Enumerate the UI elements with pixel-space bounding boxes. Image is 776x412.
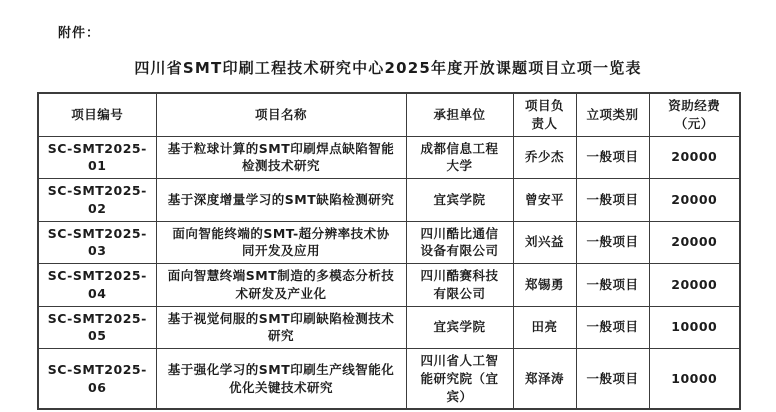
attachment-label: 附件： bbox=[58, 22, 100, 41]
project-name-cell: 面向智能终端的SMT-超分辨率技术协 同开发及应用 bbox=[156, 221, 406, 264]
unit-cell: 宜宾学院 bbox=[406, 179, 513, 222]
leader-cell: 郑泽涛 bbox=[513, 349, 576, 410]
leader-cell: 刘兴益 bbox=[513, 221, 576, 264]
category-cell: 一般项目 bbox=[576, 349, 649, 410]
project-id-cell: SC-SMT2025-01 bbox=[38, 136, 156, 179]
project-id-cell: SC-SMT2025-04 bbox=[38, 264, 156, 307]
table-row: SC-SMT2025-01基于粒球计算的SMT印刷焊点缺陷智能 检测技术研究成都… bbox=[38, 136, 740, 179]
table-header: 项目编号 项目名称 承担单位 项目负 责人 立项类别 资助经费 （元） bbox=[38, 93, 740, 136]
table-row: SC-SMT2025-03面向智能终端的SMT-超分辨率技术协 同开发及应用四川… bbox=[38, 221, 740, 264]
table-row: SC-SMT2025-02基于深度增量学习的SMT缺陷检测研究宜宾学院曾安平一般… bbox=[38, 179, 740, 222]
header-row: 项目编号 项目名称 承担单位 项目负 责人 立项类别 资助经费 （元） bbox=[38, 93, 740, 136]
unit-cell: 成都信息工程 大学 bbox=[406, 136, 513, 179]
project-name-cell: 基于视觉伺服的SMT印刷缺陷检测技术 研究 bbox=[156, 306, 406, 349]
unit-cell: 宜宾学院 bbox=[406, 306, 513, 349]
funding-cell: 10000 bbox=[649, 349, 740, 410]
project-name-cell: 面向智慧终端SMT制造的多模态分析技 术研发及产业化 bbox=[156, 264, 406, 307]
funding-cell: 20000 bbox=[649, 136, 740, 179]
project-name-cell: 基于强化学习的SMT印刷生产线智能化 优化关键技术研究 bbox=[156, 349, 406, 410]
unit-cell: 四川酷赛科技 有限公司 bbox=[406, 264, 513, 307]
category-cell: 一般项目 bbox=[576, 221, 649, 264]
header-funding: 资助经费 （元） bbox=[649, 93, 740, 136]
project-id-cell: SC-SMT2025-03 bbox=[38, 221, 156, 264]
funding-cell: 20000 bbox=[649, 221, 740, 264]
table-body: SC-SMT2025-01基于粒球计算的SMT印刷焊点缺陷智能 检测技术研究成都… bbox=[38, 136, 740, 409]
leader-cell: 郑锡勇 bbox=[513, 264, 576, 307]
category-cell: 一般项目 bbox=[576, 264, 649, 307]
project-table: 项目编号 项目名称 承担单位 项目负 责人 立项类别 资助经费 （元） SC-S… bbox=[37, 92, 741, 410]
page-title: 四川省SMT印刷工程技术研究中心2025年度开放课题项目立项一览表 bbox=[37, 57, 739, 78]
category-cell: 一般项目 bbox=[576, 306, 649, 349]
project-id-cell: SC-SMT2025-05 bbox=[38, 306, 156, 349]
category-cell: 一般项目 bbox=[576, 179, 649, 222]
project-name-cell: 基于粒球计算的SMT印刷焊点缺陷智能 检测技术研究 bbox=[156, 136, 406, 179]
project-name-cell: 基于深度增量学习的SMT缺陷检测研究 bbox=[156, 179, 406, 222]
project-id-cell: SC-SMT2025-02 bbox=[38, 179, 156, 222]
funding-cell: 10000 bbox=[649, 306, 740, 349]
table-row: SC-SMT2025-04面向智慧终端SMT制造的多模态分析技 术研发及产业化四… bbox=[38, 264, 740, 307]
header-project-name: 项目名称 bbox=[156, 93, 406, 136]
table-row: SC-SMT2025-05基于视觉伺服的SMT印刷缺陷检测技术 研究宜宾学院田亮… bbox=[38, 306, 740, 349]
funding-cell: 20000 bbox=[649, 264, 740, 307]
leader-cell: 曾安平 bbox=[513, 179, 576, 222]
leader-cell: 田亮 bbox=[513, 306, 576, 349]
header-project-id: 项目编号 bbox=[38, 93, 156, 136]
category-cell: 一般项目 bbox=[576, 136, 649, 179]
unit-cell: 四川酷比通信 设备有限公司 bbox=[406, 221, 513, 264]
funding-cell: 20000 bbox=[649, 179, 740, 222]
header-category: 立项类别 bbox=[576, 93, 649, 136]
table-row: SC-SMT2025-06基于强化学习的SMT印刷生产线智能化 优化关键技术研究… bbox=[38, 349, 740, 410]
project-id-cell: SC-SMT2025-06 bbox=[38, 349, 156, 410]
header-unit: 承担单位 bbox=[406, 93, 513, 136]
unit-cell: 四川省人工智 能研究院（宜 宾） bbox=[406, 349, 513, 410]
leader-cell: 乔少杰 bbox=[513, 136, 576, 179]
header-leader: 项目负 责人 bbox=[513, 93, 576, 136]
